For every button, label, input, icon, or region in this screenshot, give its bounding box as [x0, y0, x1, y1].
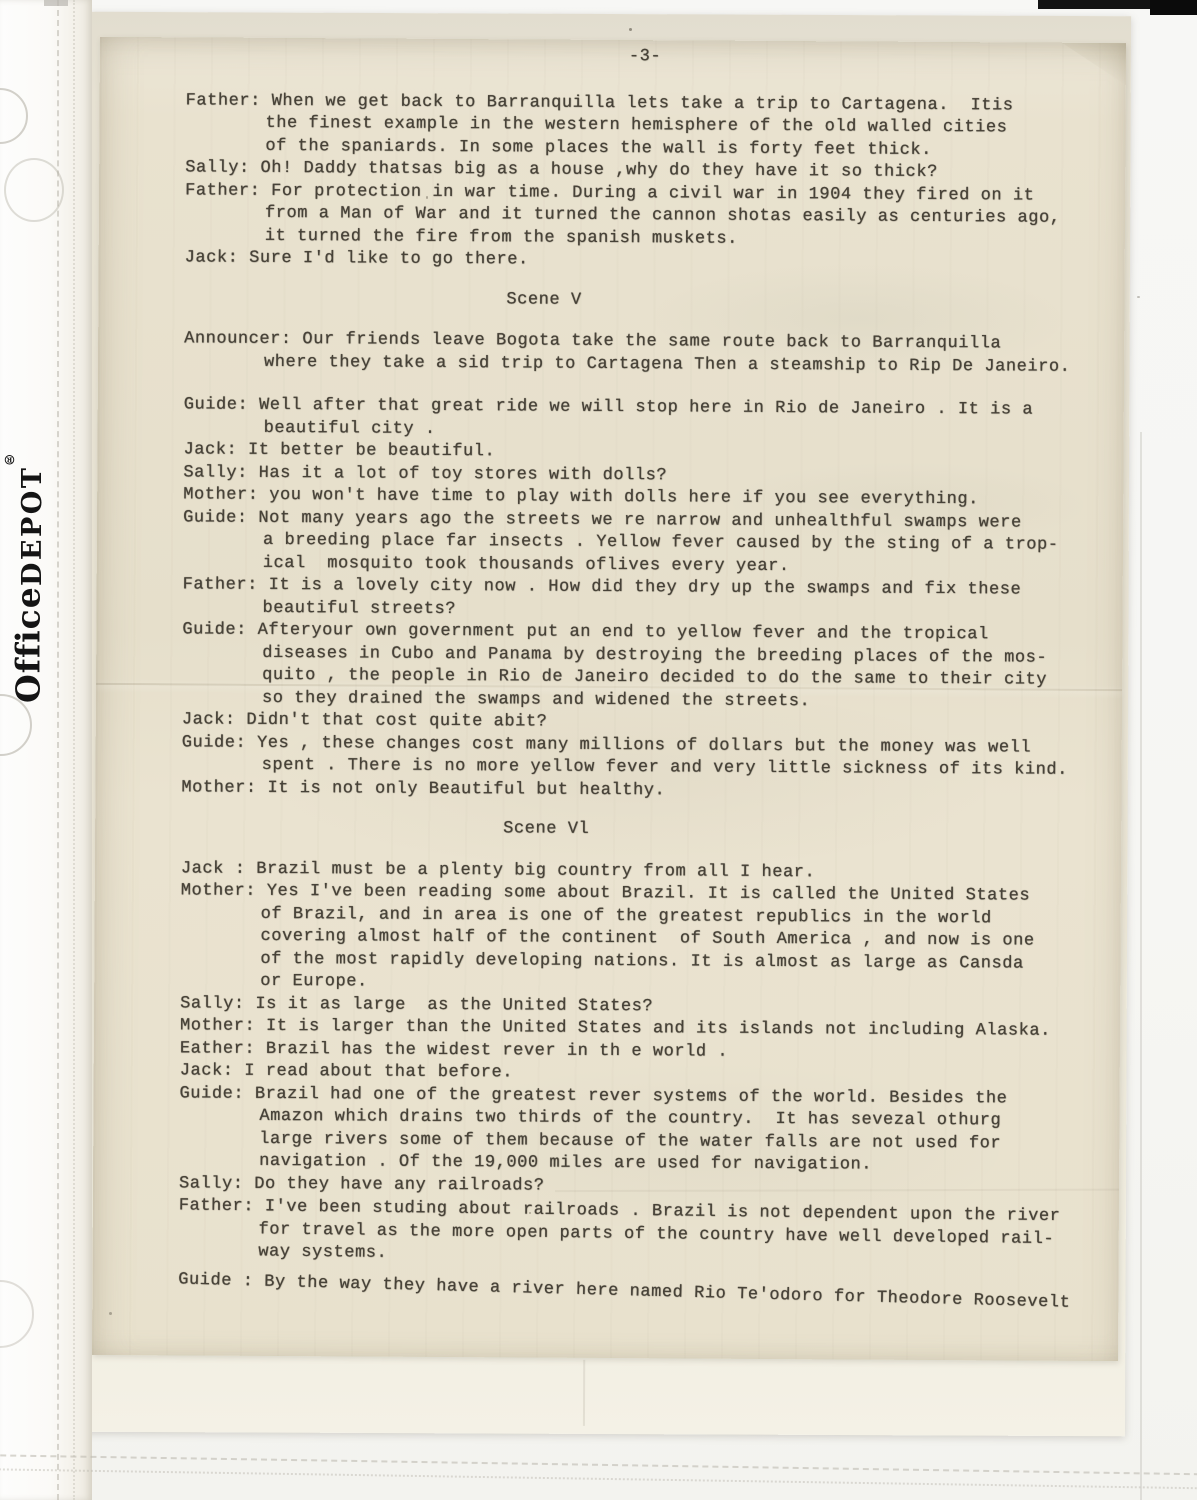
brand-text-office: Office [9, 586, 48, 703]
scan-mark [44, 0, 68, 6]
scan-speck [529, 1212, 531, 1214]
dialogue-entry: Guide: Well after that great ride we wil… [184, 394, 1094, 445]
dialogue-entry: Guide : By the way they have a river her… [178, 1269, 1088, 1315]
dialogue-entry: Father: For protection in war time. Duri… [185, 180, 1095, 253]
typed-page: -3- Father: When we get back to Barranqu… [92, 37, 1126, 1361]
dialogue-entry: Jack: Sure I'd like to go there. [185, 247, 1095, 275]
dialogue-entry: Father: When we get back to Barranquilla… [185, 90, 1095, 163]
dialogue-entry: Mother: Yes I've been reading some about… [180, 880, 1091, 998]
scene-heading: Scene V [506, 289, 1094, 315]
typed-content: -3- Father: When we get back to Barranqu… [92, 37, 1126, 1361]
backing-crease-line [583, 1360, 585, 1426]
scanner-edge-corner [1150, 0, 1197, 15]
sleeve-bottom-seam [0, 1442, 1197, 1496]
scan-speck [426, 196, 428, 199]
dialogue-entry: Guide: Afteryour own government put an e… [182, 619, 1093, 715]
dialogue-entry: Guide: Not many years ago the streets we… [183, 507, 1093, 580]
dialogue-entry: Father: I've been studing about railroad… [178, 1195, 1089, 1274]
dialogue-entry: Announcer: Our friends leave Bogota take… [184, 328, 1094, 379]
dialogue-entry: Guide: Yes , these changes cost many mil… [182, 732, 1092, 783]
scan-speck [109, 1312, 112, 1315]
binder-hole [4, 158, 64, 222]
brand-text-depot: DEPOT [17, 466, 48, 586]
scan-speck [1137, 296, 1140, 298]
dialogue-entry: Father: It is a lovely city now . How di… [182, 574, 1092, 625]
registered-mark: ® [2, 451, 17, 466]
script-body: Father: When we get back to Barranquilla… [178, 90, 1095, 1297]
stitch-line [57, 0, 59, 1500]
scene-heading: Scene Vl [503, 818, 1091, 844]
scanned-document: -3- Father: When we get back to Barranqu… [0, 0, 1197, 1500]
page-number: -3- [629, 46, 1096, 71]
sleeve-right-crease [1140, 432, 1142, 1500]
stitch-line [73, 0, 75, 1500]
scan-speck [629, 28, 632, 31]
dialogue-entry: Guide: Brazil had one of the greatest re… [179, 1083, 1090, 1179]
